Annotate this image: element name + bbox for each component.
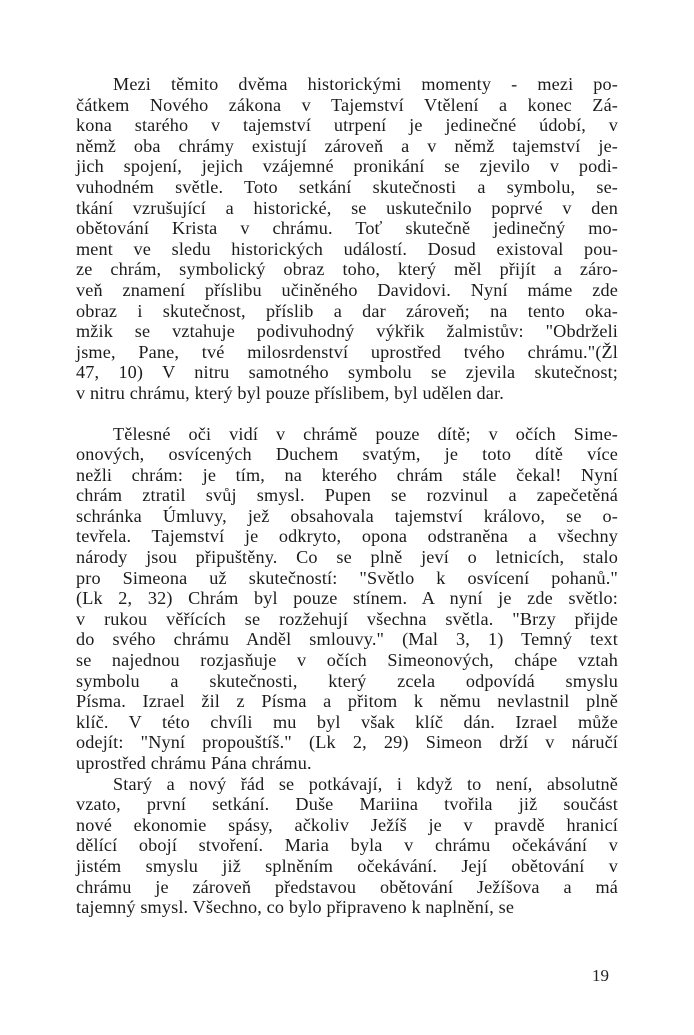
text-line: se najednou rozjasňuje v očích Simeonový…	[76, 650, 618, 671]
text-line: uprostřed chrámu Pána chrámu.	[76, 753, 618, 774]
text-line: obětování Krista v chrámu. Toť skutečně …	[76, 218, 618, 239]
text-line: Starý a nový řád se potkávají, i když to…	[76, 774, 618, 795]
page-number: 19	[592, 966, 609, 986]
text-line: chrámu je zároveň představou obětování J…	[76, 877, 618, 898]
text-line: jsme, Pane, tvé milosrdenství uprostřed …	[76, 342, 618, 363]
text-line: tajemný smysl. Všechno, co bylo připrave…	[76, 897, 618, 918]
text-line: klíč. V této chvíli mu byl však klíč dán…	[76, 712, 618, 733]
text-line: odejít: "Nyní propouštíš." (Lk 2, 29) Si…	[76, 732, 618, 753]
book-page-text: Mezi těmito dvěma historickými momenty -…	[76, 74, 618, 918]
text-line: symbolu a skutečnosti, který zcela odpov…	[76, 671, 618, 692]
text-line: onových, osvícených Duchem svatým, je to…	[76, 444, 618, 465]
text-line: tevřela. Tajemství je odkryto, opona ods…	[76, 526, 618, 547]
text-line: chrám ztratil svůj smysl. Pupen se rozvi…	[76, 485, 618, 506]
text-line: (Lk 2, 32) Chrám byl pouze stínem. A nyn…	[76, 588, 618, 609]
text-line: vzato, první setkání. Duše Mariina tvoři…	[76, 794, 618, 815]
text-line: 47, 10) V nitru samotného symbolu se zje…	[76, 362, 618, 383]
text-line: Tělesné oči vidí v chrámě pouze dítě; v …	[76, 424, 618, 445]
paragraph-2: Tělesné oči vidí v chrámě pouze dítě; v …	[76, 424, 618, 774]
text-line: do svého chrámu Anděl smlouvy." (Mal 3, …	[76, 629, 618, 650]
text-line: nové ekonomie spásy, ačkoliv Ježíš je v …	[76, 815, 618, 836]
text-line: schránka Úmluvy, jež obsahovala tajemstv…	[76, 506, 618, 527]
text-line: jich spojení, jejich vzájemné pronikání …	[76, 156, 618, 177]
text-line: pro Simeona už skutečností: "Světlo k os…	[76, 568, 618, 589]
text-line: obraz i skutečnost, příslib a dar zárove…	[76, 301, 618, 322]
text-line: němž oba chrámy existují zároveň a v něm…	[76, 136, 618, 157]
text-line: tkání vzrušující a historické, se uskute…	[76, 198, 618, 219]
text-line: Písma. Izrael žil z Písma a přitom k něm…	[76, 691, 618, 712]
text-line: vuhodném světle. Toto setkání skutečnost…	[76, 177, 618, 198]
text-line: Mezi těmito dvěma historickými momenty -…	[76, 74, 618, 95]
text-line: dělící obojí stvoření. Maria byla v chrá…	[76, 835, 618, 856]
text-line: jistém smyslu již splněním očekávání. Je…	[76, 856, 618, 877]
text-line: ze chrám, symbolický obraz toho, který m…	[76, 259, 618, 280]
paragraph-3: Starý a nový řád se potkávají, i když to…	[76, 774, 618, 918]
text-line: veň znamení příslibu učiněného Davidovi.…	[76, 280, 618, 301]
text-line: ment ve sledu historických událostí. Dos…	[76, 239, 618, 260]
text-line: mžik se vztahuje podivuhodný výkřik žalm…	[76, 321, 618, 342]
text-line: čátkem Nového zákona v Tajemství Vtělení…	[76, 95, 618, 116]
text-line: nežli chrám: je tím, na kterého chrám st…	[76, 465, 618, 486]
paragraph-gap	[76, 404, 618, 424]
text-line: kona starého v tajemství utrpení je jedi…	[76, 115, 618, 136]
text-line: národy jsou připuštěny. Co se plně jeví …	[76, 547, 618, 568]
text-line: v nitru chrámu, který byl pouze příslibe…	[76, 383, 618, 404]
paragraph-1: Mezi těmito dvěma historickými momenty -…	[76, 74, 618, 404]
text-line: v rukou věřících se rozžehují všechna sv…	[76, 609, 618, 630]
